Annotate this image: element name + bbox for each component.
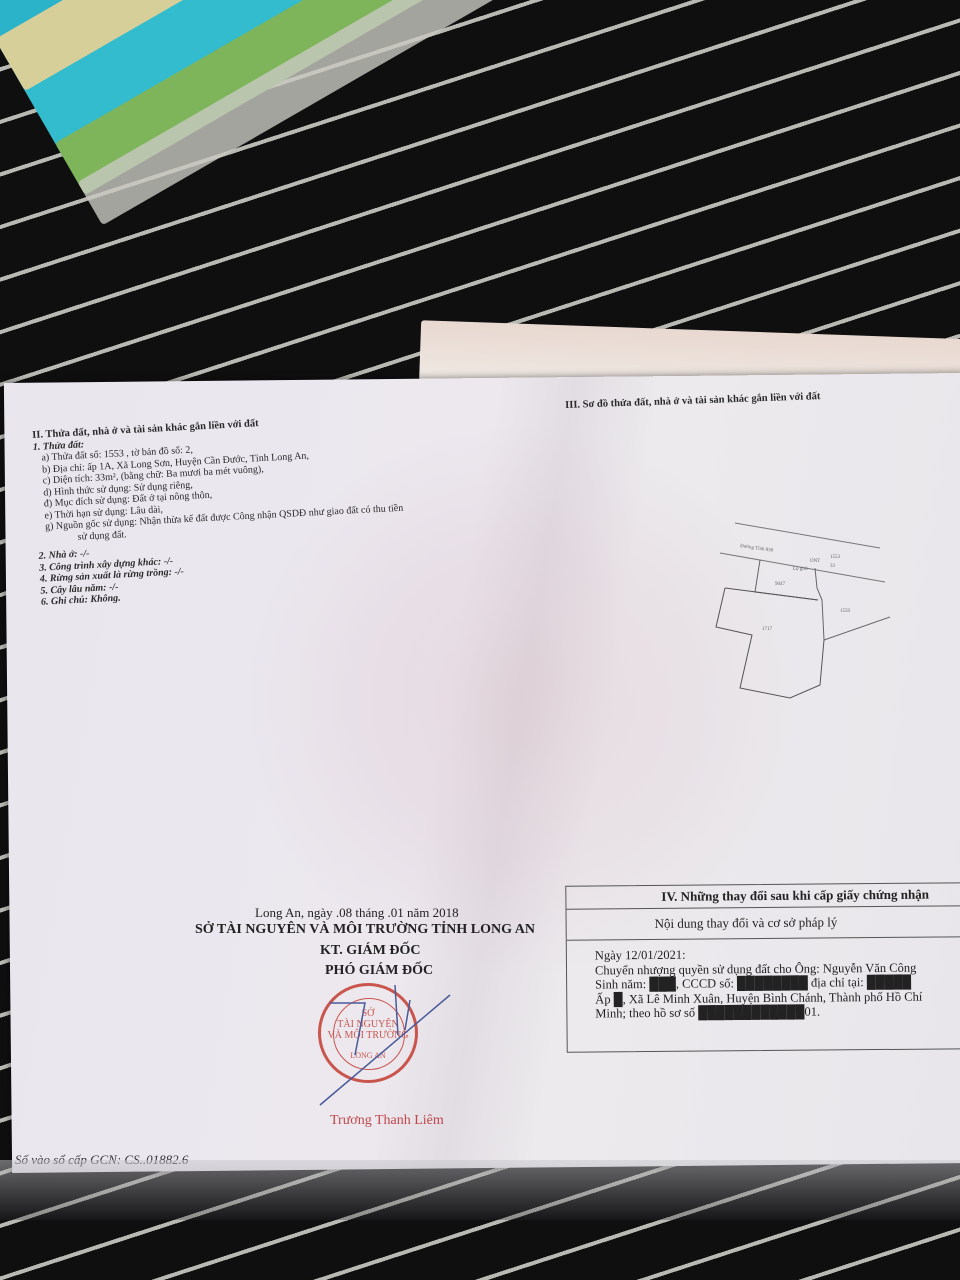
parcel-map-diagram: Đường Tỉnh 830 ONT 1553 33 Lộ giới 9047 … [700, 520, 900, 700]
plastic-sleeve-edge [0, 1160, 960, 1220]
svg-text:9047: 9047 [775, 582, 786, 587]
svg-text:1553: 1553 [830, 555, 841, 560]
change-line: Minh; theo hồ sơ số ████████████01. [595, 1003, 960, 1021]
issue-date: Long An, ngày .08 tháng .01 năm 2018 [255, 905, 459, 921]
section-IV-changes-table: IV. Những thay đổi sau khi cấp giấy chứn… [565, 882, 960, 1053]
signer-name: Trương Thanh Liêm [330, 1113, 444, 1129]
signatory-on-behalf: KT. GIÁM ĐỐC [320, 943, 420, 959]
section-II-land-parcel: II. Thửa đất, nhà ở và tài sản khác gắn … [32, 405, 521, 608]
svg-text:ONT: ONT [810, 559, 820, 564]
svg-text:Đường Tỉnh 830: Đường Tỉnh 830 [740, 544, 774, 554]
svg-text:Lộ giới: Lộ giới [793, 567, 808, 572]
changes-column-header: Nội dung thay đổi và cơ sở pháp lý [566, 906, 960, 940]
issuing-department: SỞ TÀI NGUYÊN VÀ MÔI TRƯỜNG TỈNH LONG AN [195, 922, 535, 938]
section-IV-title: IV. Những thay đổi sau khi cấp giấy chứn… [566, 883, 960, 909]
handwritten-signature [300, 975, 470, 1115]
svg-text:1717: 1717 [762, 627, 773, 632]
svg-text:1559: 1559 [840, 609, 851, 614]
svg-text:33: 33 [830, 564, 836, 569]
